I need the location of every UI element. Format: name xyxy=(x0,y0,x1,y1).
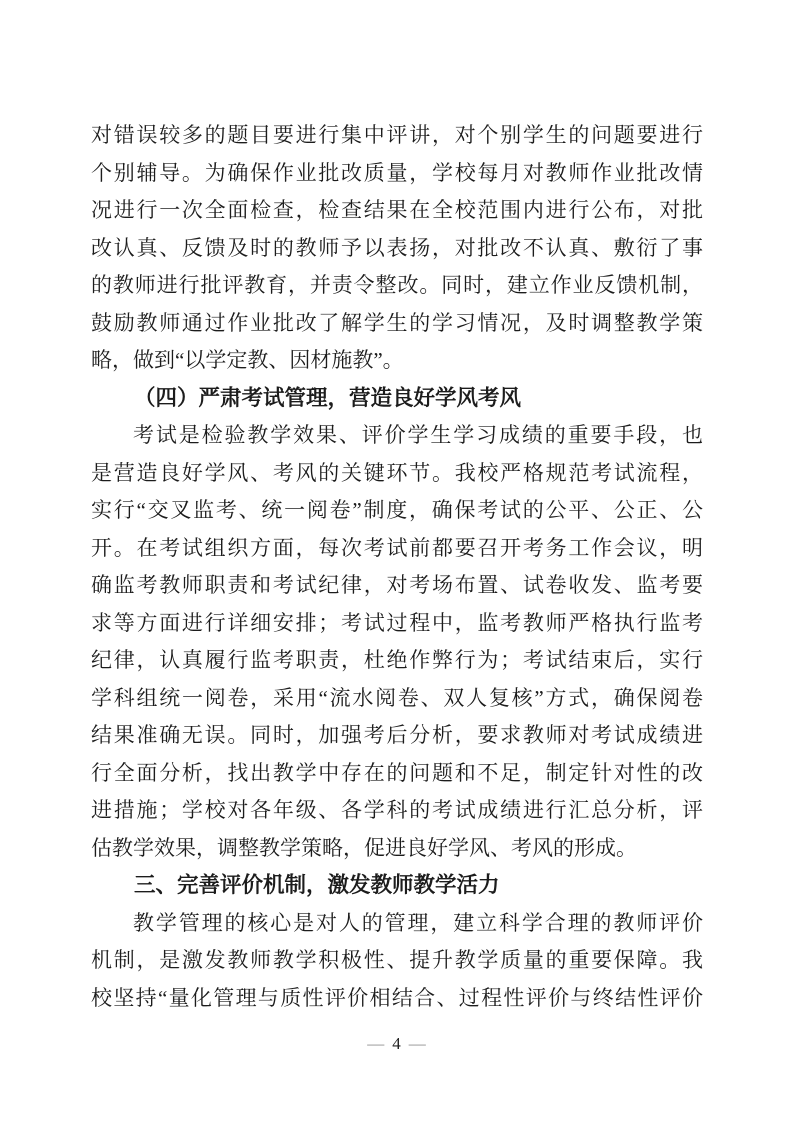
body-text-line: 对错误较多的题目要进行集中评讲，对个别学生的问题要进行 xyxy=(91,117,703,155)
body-text-line: 确监考教师职责和考试纪律，对考场布置、试卷收发、监考要 xyxy=(91,567,703,605)
body-text-line: 个别辅导。为确保作业批改质量，学校每月对教师作业批改情 xyxy=(91,155,703,193)
document-page: 对错误较多的题目要进行集中评讲，对个别学生的问题要进行 个别辅导。为确保作业批改… xyxy=(0,0,793,1122)
body-text-line: 行全面分析，找出教学中存在的问题和不足，制定针对性的改 xyxy=(91,755,703,793)
chapter3-heading: 三、完善评价机制，激发教师教学活力 xyxy=(91,867,703,905)
footer-page-number: 4 xyxy=(390,1034,403,1053)
body-text-line: 略，做到“以学定教、因材施教”。 xyxy=(91,342,703,380)
body-text-line: 是营造良好学风、考风的关键环节。我校严格规范考试流程， xyxy=(91,455,703,493)
body-text-line: 进措施；学校对各年级、各学科的考试成绩进行汇总分析，评 xyxy=(91,792,703,830)
body-text-line: 纪律，认真履行监考职责，杜绝作弊行为；考试结束后，实行 xyxy=(91,642,703,680)
body-text-line: 的教师进行批评教育，并责令整改。同时，建立作业反馈机制， xyxy=(91,267,703,305)
body-text-line: 开。在考试组织方面，每次考试前都要召开考务工作会议，明 xyxy=(91,530,703,568)
body-text-line: 教学管理的核心是对人的管理，建立科学合理的教师评价 xyxy=(91,905,703,943)
body-text-line: 机制，是激发教师教学积极性、提升教学质量的重要保障。我 xyxy=(91,942,703,980)
body-text-line: 结果准确无误。同时，加强考后分析，要求教师对考试成绩进 xyxy=(91,717,703,755)
body-text-line: 估教学效果，调整教学策略，促进良好学风、考风的形成。 xyxy=(91,830,703,868)
body-text-line: 求等方面进行详细安排；考试过程中，监考教师严格执行监考 xyxy=(91,605,703,643)
footer-dash-left: — xyxy=(361,1034,390,1053)
body-text-line: 考试是检验教学效果、评价学生学习成绩的重要手段，也 xyxy=(91,417,703,455)
body-text-line: 校坚持“量化管理与质性评价相结合、过程性评价与终结性评价 xyxy=(91,980,703,1018)
body-text-line: 鼓励教师通过作业批改了解学生的学习情况，及时调整教学策 xyxy=(91,305,703,343)
body-text-line: 实行“交叉监考、统一阅卷”制度，确保考试的公平、公正、公 xyxy=(91,492,703,530)
text-block: 对错误较多的题目要进行集中评讲，对个别学生的问题要进行 个别辅导。为确保作业批改… xyxy=(91,117,703,1017)
body-text-line: 改认真、反馈及时的教师予以表扬，对批改不认真、敷衍了事 xyxy=(91,230,703,268)
body-text-line: 况进行一次全面检查，检查结果在全校范围内进行公布，对批 xyxy=(91,192,703,230)
body-text-line: 学科组统一阅卷，采用“流水阅卷、双人复核”方式，确保阅卷 xyxy=(91,680,703,718)
section4-heading: （四）严肃考试管理，营造良好学风考风 xyxy=(91,380,703,418)
footer-dash-right: — xyxy=(403,1034,432,1053)
page-footer: —4— xyxy=(0,1031,793,1057)
